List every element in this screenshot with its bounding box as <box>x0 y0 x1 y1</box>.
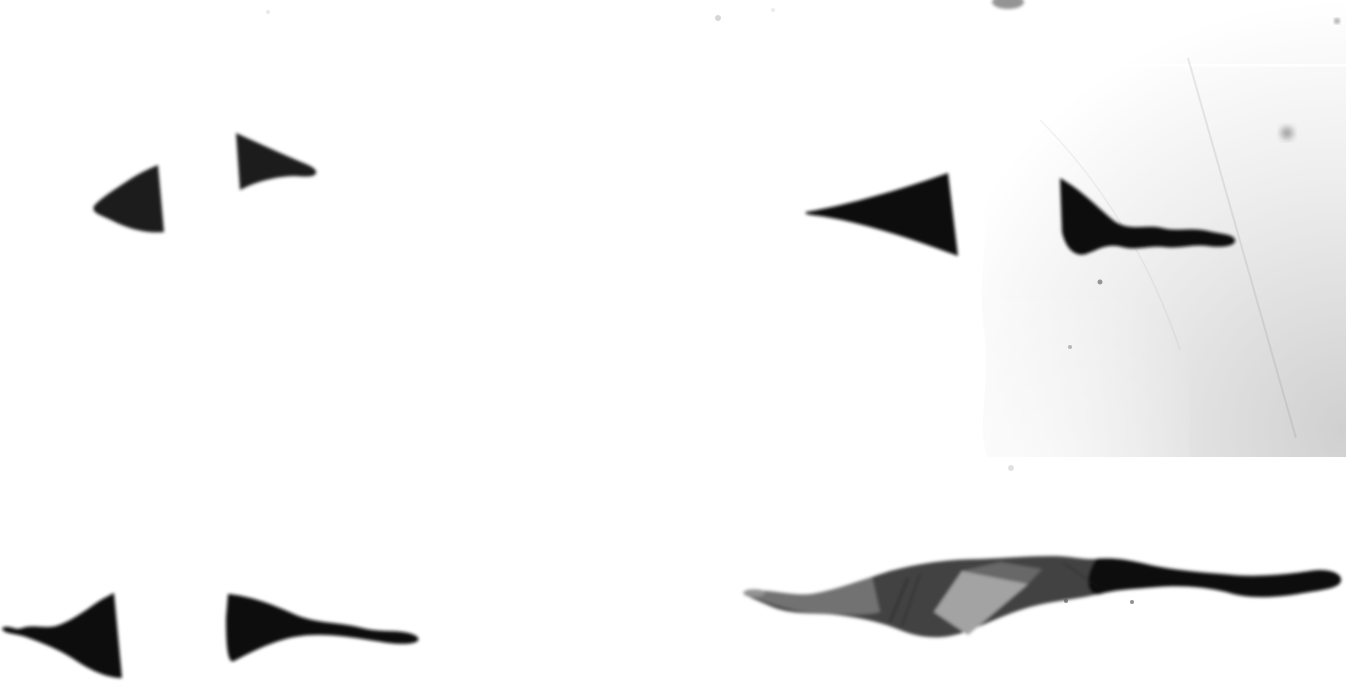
dark-speck-2 <box>1068 345 1072 349</box>
dark-speck-1 <box>1098 280 1103 285</box>
speck-mid <box>1008 465 1014 471</box>
speck-top-3 <box>771 8 775 12</box>
specimen-bottom-left <box>2 582 419 684</box>
specimen4-tail-tip <box>743 589 765 597</box>
specimen4-black-tip <box>1088 558 1341 597</box>
dark-spot-corner <box>1334 18 1340 24</box>
specimen3-body <box>100 582 244 684</box>
specimen-bottom-right <box>743 556 1341 637</box>
specimen-top-left <box>93 102 316 242</box>
speck-below-streak-1 <box>1064 599 1068 603</box>
specimen1-body <box>129 102 257 242</box>
speck-top-1 <box>266 10 270 14</box>
speck-top-2 <box>715 15 721 21</box>
plate-svg <box>0 0 1346 685</box>
faint-speckle-patch <box>340 264 476 440</box>
specimen3-right-wing <box>226 594 419 661</box>
white-scratch-line <box>1076 64 1346 66</box>
photo-collage <box>0 0 1346 685</box>
dark-spot-large <box>1281 127 1293 139</box>
speck-below-streak-2 <box>1130 600 1134 604</box>
specimen4-left-tail <box>744 577 880 615</box>
photo-corner-light <box>930 300 1190 460</box>
specimen2-body <box>921 167 1085 265</box>
